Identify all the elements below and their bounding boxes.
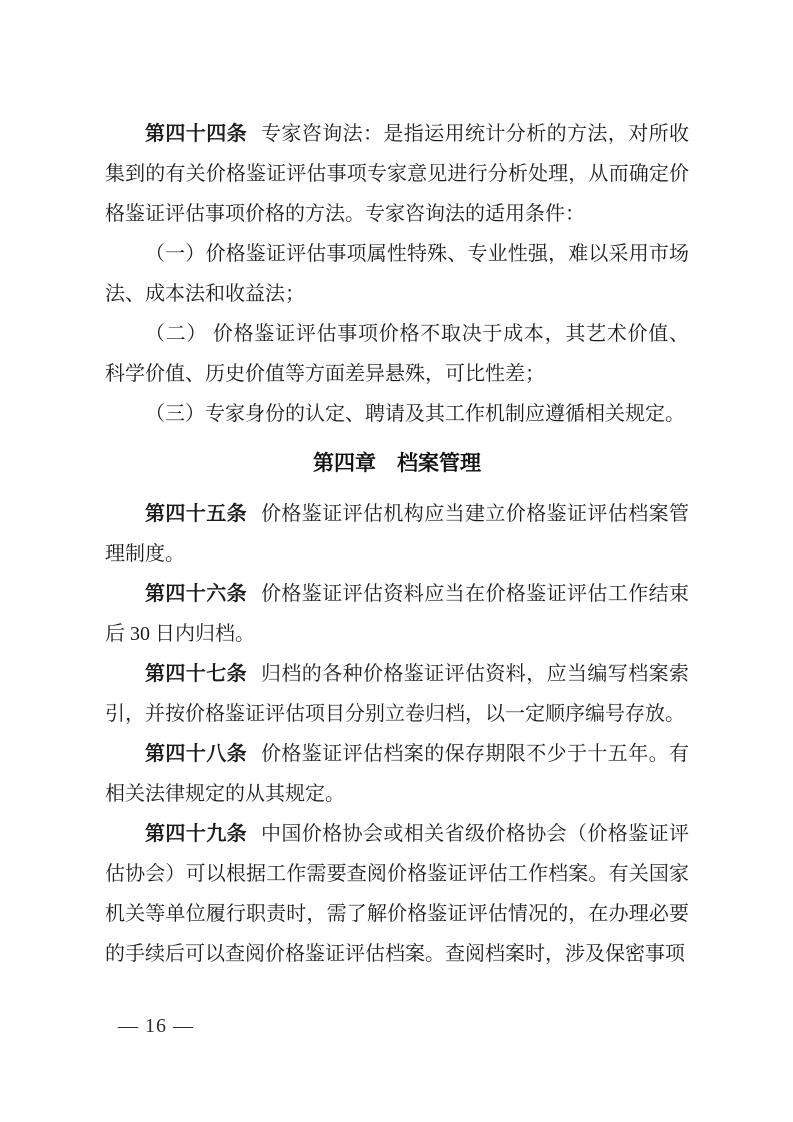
list-item-paragraph-3: （三）专家身份的认定、聘请及其工作机制应遵循相关规定。 bbox=[105, 394, 689, 434]
chapter-heading: 第四章 档案管理 bbox=[105, 444, 689, 484]
page-footer: — 16 — bbox=[118, 1013, 194, 1039]
article-number: 第四十五条 bbox=[145, 503, 247, 525]
page-number: — 16 — bbox=[118, 1015, 194, 1037]
article-number: 第四十六条 bbox=[145, 583, 247, 605]
article-number: 第四十七条 bbox=[145, 663, 247, 685]
article-paragraph-46: 第四十六条价格鉴证评估资料应当在价格鉴证评估工作结束后 30 日内归档。 bbox=[105, 574, 689, 654]
article-paragraph-49: 第四十九条中国价格协会或相关省级价格协会（价格鉴证评估协会）可以根据工作需要查阅… bbox=[105, 814, 689, 974]
list-item-paragraph-1: （一）价格鉴证评估事项属性特殊、专业性强，难以采用市场法、成本法和收益法； bbox=[105, 234, 689, 314]
article-paragraph-45: 第四十五条价格鉴证评估机构应当建立价格鉴证评估档案管理制度。 bbox=[105, 494, 689, 574]
article-number: 第四十四条 bbox=[145, 123, 247, 145]
article-number: 第四十九条 bbox=[145, 823, 247, 845]
article-number: 第四十八条 bbox=[145, 743, 247, 765]
article-paragraph-47: 第四十七条归档的各种价格鉴证评估资料，应当编写档案索引，并按价格鉴证评估项目分别… bbox=[105, 654, 689, 734]
article-paragraph-48: 第四十八条价格鉴证评估档案的保存期限不少于十五年。有相关法律规定的从其规定。 bbox=[105, 734, 689, 814]
document-content: 第四十四条专家咨询法：是指运用统计分析的方法，对所收集到的有关价格鉴证评估事项专… bbox=[105, 114, 689, 974]
article-paragraph-44: 第四十四条专家咨询法：是指运用统计分析的方法，对所收集到的有关价格鉴证评估事项专… bbox=[105, 114, 689, 234]
document-page: 第四十四条专家咨询法：是指运用统计分析的方法，对所收集到的有关价格鉴证评估事项专… bbox=[0, 0, 793, 1122]
list-item-paragraph-2: （二） 价格鉴证评估事项价格不取决于成本，其艺术价值、科学价值、历史价值等方面差… bbox=[105, 314, 689, 394]
